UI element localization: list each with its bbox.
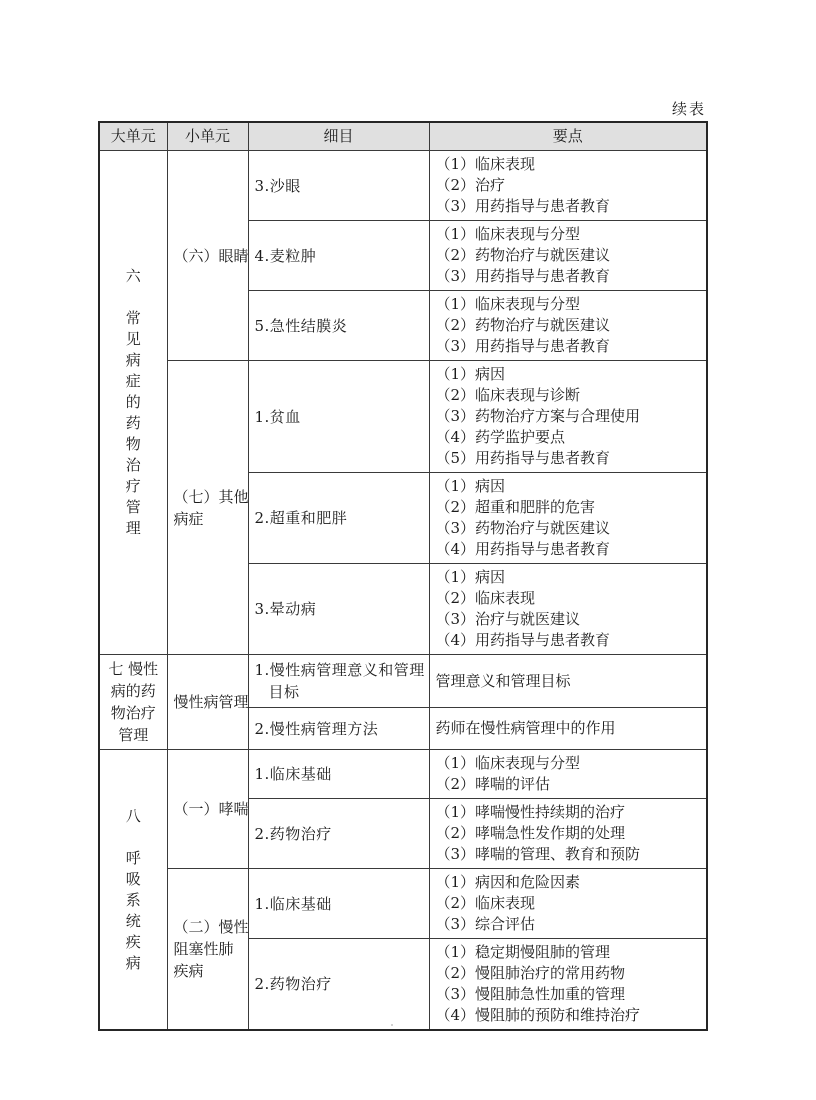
- points-cell: （1）临床表现与分型（2）药物治疗与就医建议（3）用药指导与患者教育: [429, 221, 707, 291]
- item-cell: 4.麦粒肿: [248, 221, 429, 291]
- points-cell: （1）稳定期慢阻肺的管理（2）慢阻肺治疗的常用药物（3）慢阻肺急性加重的管理（4…: [429, 939, 707, 1031]
- major-unit-text: 七 慢性病的药物治疗管理: [106, 658, 161, 746]
- sub-unit-cell: （七）其他病症: [167, 361, 248, 655]
- points-cell: （1）病因（2）临床表现（3）治疗与就医建议（4）用药指导与患者教育: [429, 564, 707, 655]
- table-head: 大单元小单元细目要点: [99, 122, 707, 151]
- column-header: 小单元: [167, 122, 248, 151]
- points-cell: （1）临床表现与分型（2）哮喘的评估: [429, 750, 707, 799]
- item-cell: 5.急性结膜炎: [248, 291, 429, 361]
- item-cell: 2.药物治疗: [248, 799, 429, 869]
- column-header: 大单元: [99, 122, 167, 151]
- major-unit-cell: 六常见病症的药物治疗管理: [99, 151, 167, 655]
- major-unit-vertical-text: 八呼吸系统疾病: [106, 806, 161, 974]
- major-unit-cell: 七 慢性病的药物治疗管理: [99, 655, 167, 750]
- table-body: 六常见病症的药物治疗管理（六）眼睛3.沙眼（1）临床表现（2）治疗（3）用药指导…: [99, 151, 707, 1031]
- points-cell: （1）病因（2）临床表现与诊断（3）药物治疗方案与合理使用（4）药学监护要点（5…: [429, 361, 707, 473]
- points-cell: （1）哮喘慢性持续期的治疗（2）哮喘急性发作期的处理（3）哮喘的管理、教育和预防: [429, 799, 707, 869]
- sub-unit-cell: （六）眼睛: [167, 151, 248, 361]
- points-cell: 管理意义和管理目标: [429, 655, 707, 708]
- column-header: 细目: [248, 122, 429, 151]
- points-cell: 药师在慢性病管理中的作用: [429, 708, 707, 750]
- item-cell: 1.慢性病管理意义和管理目标: [248, 655, 429, 708]
- item-cell: 2.药物治疗: [248, 939, 429, 1031]
- item-cell: 3.晕动病: [248, 564, 429, 655]
- points-cell: （1）病因和危险因素（2）临床表现（3）综合评估: [429, 869, 707, 939]
- points-cell: （1）临床表现与分型（2）药物治疗与就医建议（3）用药指导与患者教育: [429, 291, 707, 361]
- table-row: （二）慢性阻塞性肺疾病1.临床基础（1）病因和危险因素（2）临床表现（3）综合评…: [99, 869, 707, 939]
- table-row: 七 慢性病的药物治疗管理慢性病管理1.慢性病管理意义和管理目标管理意义和管理目标: [99, 655, 707, 708]
- points-cell: （1）临床表现（2）治疗（3）用药指导与患者教育: [429, 151, 707, 221]
- item-cell: 1.临床基础: [248, 750, 429, 799]
- item-cell: 2.超重和肥胖: [248, 473, 429, 564]
- syllabus-table: 大单元小单元细目要点 六常见病症的药物治疗管理（六）眼睛3.沙眼（1）临床表现（…: [98, 121, 708, 1031]
- item-cell: 1.临床基础: [248, 869, 429, 939]
- sub-unit-cell: （一）哮喘: [167, 750, 248, 869]
- table-row: （七）其他病症1.贫血（1）病因（2）临床表现与诊断（3）药物治疗方案与合理使用…: [99, 361, 707, 473]
- sub-unit-cell: 慢性病管理: [167, 655, 248, 750]
- major-unit-cell: 八呼吸系统疾病: [99, 750, 167, 1031]
- table-header-row: 大单元小单元细目要点: [99, 122, 707, 151]
- document-page: 续表 大单元小单元细目要点 六常见病症的药物治疗管理（六）眼睛3.沙眼（1）临床…: [0, 0, 816, 1100]
- item-cell: 3.沙眼: [248, 151, 429, 221]
- points-cell: （1）病因（2）超重和肥胖的危害（3）药物治疗与就医建议（4）用药指导与患者教育: [429, 473, 707, 564]
- scan-artifact-dot: [391, 1024, 393, 1026]
- major-unit-vertical-text: 六常见病症的药物治疗管理: [106, 266, 161, 539]
- item-cell: 2.慢性病管理方法: [248, 708, 429, 750]
- continued-table-label: 续表: [98, 98, 706, 119]
- table-row: 八呼吸系统疾病（一）哮喘1.临床基础（1）临床表现与分型（2）哮喘的评估: [99, 750, 707, 799]
- column-header: 要点: [429, 122, 707, 151]
- sub-unit-cell: （二）慢性阻塞性肺疾病: [167, 869, 248, 1031]
- table-row: 六常见病症的药物治疗管理（六）眼睛3.沙眼（1）临床表现（2）治疗（3）用药指导…: [99, 151, 707, 221]
- item-cell: 1.贫血: [248, 361, 429, 473]
